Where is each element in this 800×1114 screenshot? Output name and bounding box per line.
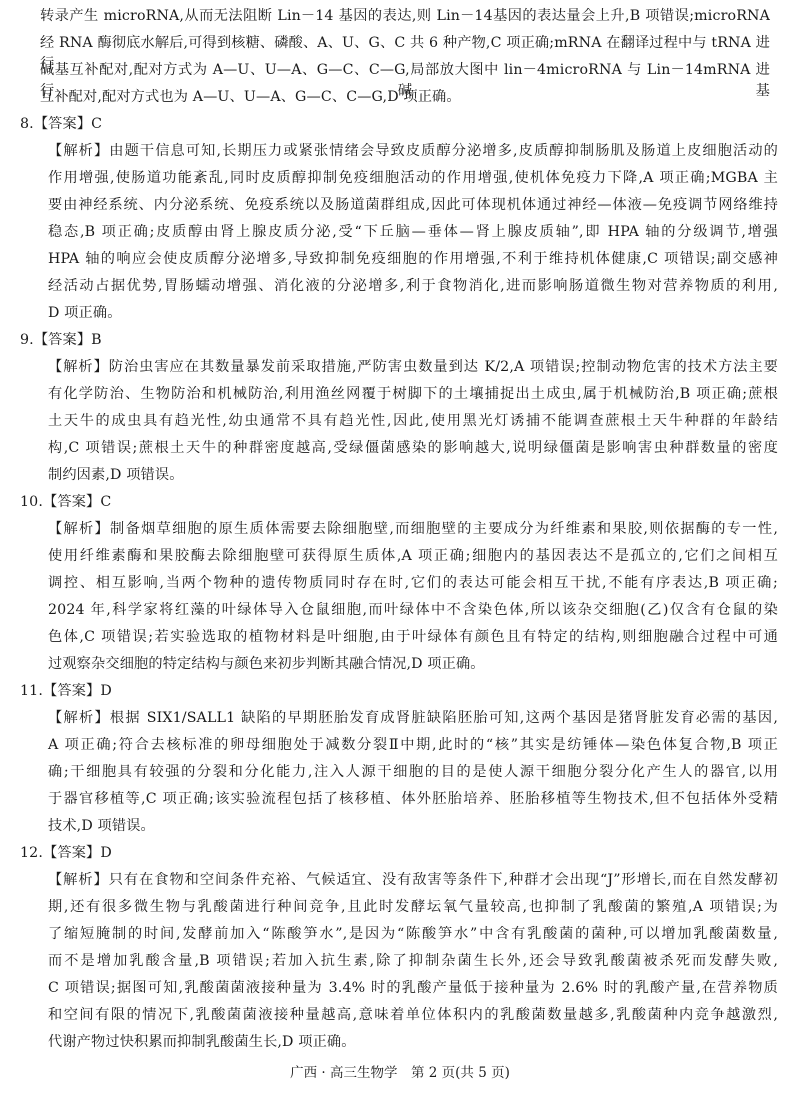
answer-heading: 8.【答案】C [20,114,750,135]
paragraph-line: 转录产生 microRNA,从而无法阻断 Lin－14 基因的表达,则 Lin－… [40,6,770,27]
paragraph-line: 【解析】由题干信息可知,长期压力或紧张情绪会导致皮质醇分泌增多,皮质醇抑制肠肌及… [48,141,778,162]
paragraph-line: 而不是增加乳酸含量,B 项错误;若加入抗生素,除了抑制杂菌生长外,还会导致乳酸菌… [48,951,778,972]
answer-heading: 11.【答案】D [20,681,750,702]
paragraph-line: 代谢产物过快积累而抑制乳酸菌生长,D 项正确。 [48,1032,778,1053]
paragraph-line: 于器官移植等,C 项正确;该实验流程包括了核移植、体外胚胎培养、胚胎移植等生物技… [48,789,778,810]
answer-heading: 12.【答案】D [20,843,750,864]
paragraph-line: 有化学防治、生物防治和机械防治,利用渔丝网覆于树脚下的土壤捕捉出土成虫,属于机械… [48,384,778,405]
paragraph-line: D 项正确。 [48,303,778,324]
paragraph-line: 互补配对,配对方式也为 A—U、U—A、G—C、C—G,D 项正确。 [40,87,770,108]
paragraph-line: 调控、相互影响,当两个物种的遗传物质同时存在时,它们的表达可能会相互干扰,不能有… [48,573,778,594]
paragraph-line: HPA 轴的响应会使皮质醇分泌增多,导致抑制免疫细胞的作用增强,不利于维持机体健… [48,249,778,270]
paragraph-line: 经活动占据优势,胃肠蠕动增强、消化液的分泌增多,利于食物消化,进而影响肠道微生物… [48,276,778,297]
paragraph-line: 【解析】制备烟草细胞的原生质体需要去除细胞壁,而细胞壁的主要成分为纤维素和果胶,… [48,519,778,540]
paragraph-line: 和空间有限的情况下,乳酸菌菌液接种量越高,意味着单位体积内的乳酸菌数量越多,乳酸… [48,1005,778,1026]
paragraph-line: 【解析】只有在食物和空间条件充裕、气候适宜、没有敌害等条件下,种群才会出现“J”… [48,870,778,891]
paragraph-line: 过观察杂交细胞的特定结构与颜色来初步判断其融合情况,D 项正确。 [48,654,778,675]
paragraph-line: 制约因素,D 项错误。 [48,465,778,486]
paragraph-line: 【解析】根据 SIX1/SALL1 缺陷的早期胚胎发育成肾脏缺陷胚胎可知,这两个… [48,708,778,729]
paragraph-line: 确;干细胞具有较强的分裂和分化能力,注入人源干细胞的目的是使人源干细胞分裂分化产… [48,762,778,783]
paragraph-line: 稳态,B 项正确;皮质醇由肾上腺皮质分泌,受“下丘脑—垂体—肾上腺皮质轴”,即 … [48,222,778,243]
paragraph-line: 色体,C 项错误;若实验选取的植物材料是叶细胞,由于叶绿体有颜色且有特定的结构,… [48,627,778,648]
paragraph-line: 要由神经系统、内分泌系统、免疫系统以及肠道菌群组成,因此可体现机体通过神经—体液… [48,195,778,216]
paragraph-line: 2024 年,科学家将红藻的叶绿体导入仓鼠细胞,而叶绿体中不含染色体,所以该杂交… [48,600,778,621]
paragraph-line: C 项错误;据图可知,乳酸菌菌液接种量为 3.4% 时的乳酸产量低于接种量为 2… [48,978,778,999]
document-page: 转录产生 microRNA,从而无法阻断 Lin－14 基因的表达,则 Lin－… [0,0,800,1114]
paragraph-line: 期,还有很多微生物与乳酸菌进行种间竞争,且此时发酵坛氧气量较高,也抑制了乳酸菌的… [48,897,778,918]
page-footer: 广西 · 高三生物学 第 2 页(共 5 页) [0,1063,800,1083]
answer-heading: 10.【答案】C [20,492,750,513]
paragraph-line: 土天牛的成虫具有趋光性,幼虫通常不具有趋光性,因此,使用黑光灯诱捕不能调查蔗根土… [48,411,778,432]
paragraph-line: A 项正确;符合去核标准的卵母细胞处于减数分裂Ⅱ中期,此时的“核”其实是纺锤体—… [48,735,778,756]
paragraph-line: 【解析】防治虫害应在其数量暴发前采取措施,严防害虫数量到达 K/2,A 项错误;… [48,357,778,378]
paragraph-line: 技术,D 项错误。 [48,816,778,837]
paragraph-line: 使用纤维素酶和果胶酶去除细胞壁可获得原生质体,A 项正确;细胞内的基因表达不是孤… [48,546,778,567]
answer-heading: 9.【答案】B [20,330,750,351]
paragraph-line: 作用增强,使肠道功能紊乱,同时皮质醇抑制免疫细胞活动的作用增强,使机体免疫力下降… [48,168,778,189]
paragraph-line: 了缩短腌制的时间,发酵前加入“陈酸笋水”,是因为“陈酸笋水”中含有乳酸菌的菌种,… [48,924,778,945]
paragraph-line: 构,C 项错误;蔗根土天牛的种群密度越高,受绿僵菌感染的影响越大,说明绿僵菌是影… [48,438,778,459]
